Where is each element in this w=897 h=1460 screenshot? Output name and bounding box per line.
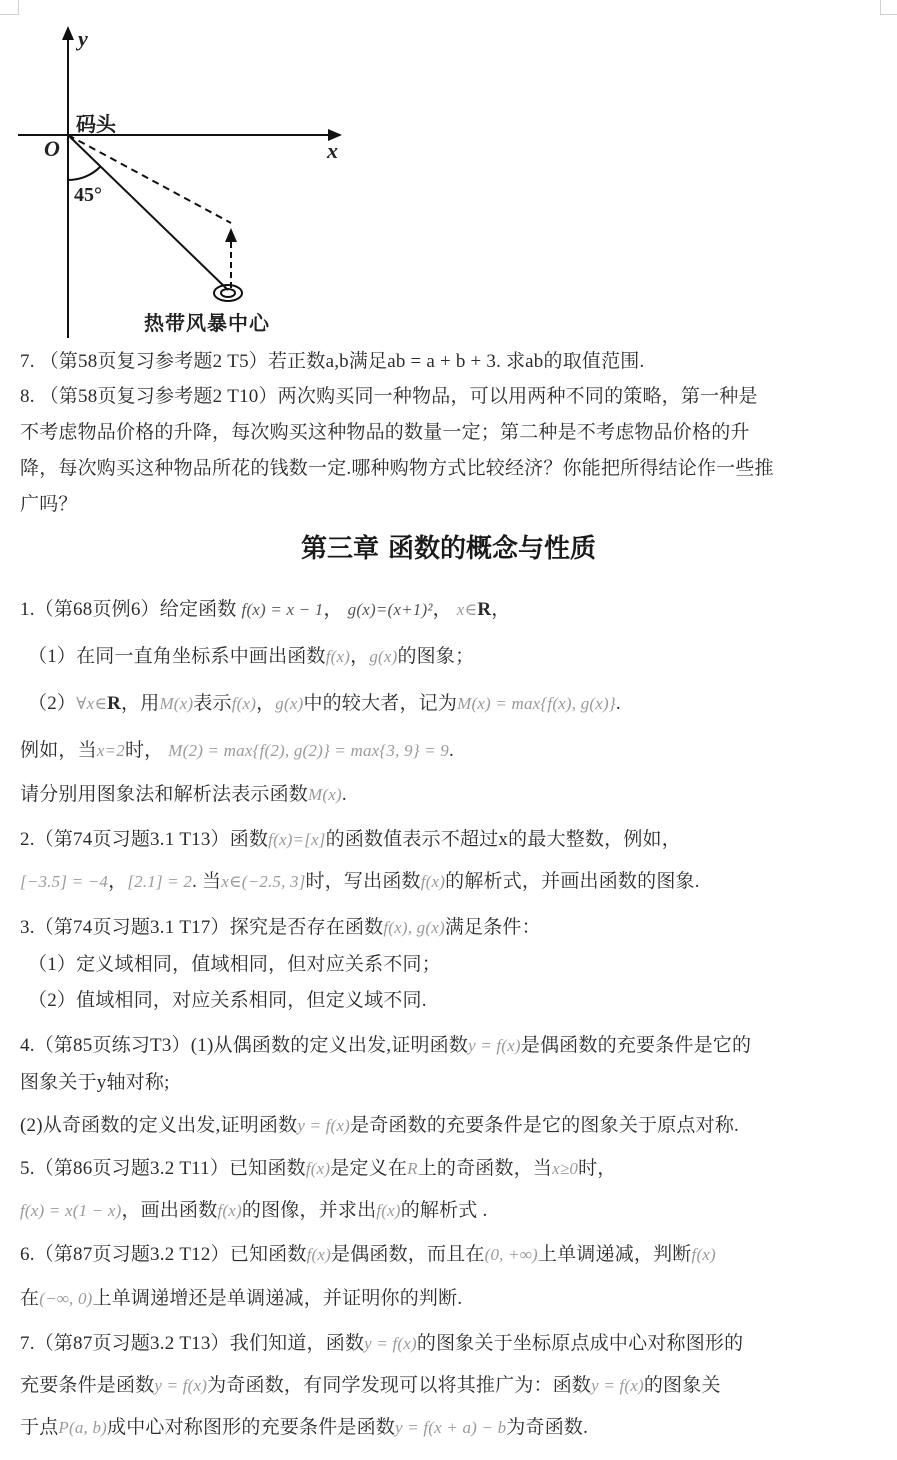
storm-center-label: 热带风暴中心 [144, 307, 270, 336]
problem-3-sub-2: （2）值域相同，对应关系相同，但定义域不同. [28, 988, 881, 1014]
problem-text: （1）在同一直角坐标系中画出函数 [28, 646, 326, 667]
problem-text: 是偶函数，而且在 [331, 1244, 485, 1265]
problem-4-line-1: 4.（第85页练习T3）(1)从偶函数的定义出发,证明函数y = f(x)是偶函… [20, 1033, 881, 1059]
problem-7-ch2: 7. （第58页复习参考题2 T5）若正数a,b满足ab = a + b + 3… [20, 349, 881, 375]
separator: . [342, 784, 347, 805]
problem-text: （2） [28, 693, 76, 714]
formula-y-f: y = f(x) [297, 1116, 350, 1135]
problem-text: 成中心对称图形的充要条件是函数 [107, 1417, 395, 1438]
problem-text: 7.（第87页习题3.2 T13）我们知道，函数 [20, 1333, 364, 1354]
formula-y-f: y = f(x) [468, 1036, 521, 1055]
problem-text: 的解析式，并画出函数的图象. [445, 871, 700, 892]
problem-8-ch2-line-3: 降，每次购买这种物品所花的钱数一定.哪种购物方式比较经济？你能把所得结论作一些推 [20, 456, 881, 482]
formula-f: f(x) [306, 1159, 330, 1178]
real-set-symbol: R [407, 1159, 418, 1178]
formula-f: f(x) [307, 1245, 331, 1264]
page-corner-mark-right [880, 0, 897, 15]
problem-8-ch2-line-1: 8. （第58页复习参考题2 T10）两次购买同一种物品，可以用两种不同的策略，… [20, 384, 881, 410]
problem-6-line-2: 在(−∞, 0)上单调递增还是单调递减，并证明你的判断. [20, 1286, 881, 1312]
problem-text: 的图象关 [644, 1375, 721, 1396]
storm-diagram: y x O 码头 45° 热带风暴中心 [0, 20, 380, 345]
problem-text: 时， [578, 1158, 616, 1179]
problem-number: 8. [20, 386, 35, 407]
problem-text: 请分别用图象法和解析法表示函数 [20, 784, 308, 805]
separator: ， [324, 599, 343, 620]
origin-label: O [44, 136, 60, 162]
problem-1-sub-1: （1）在同一直角坐标系中画出函数f(x)，g(x)的图象； [28, 644, 881, 670]
separator: ， [491, 599, 510, 620]
separator: ， [433, 599, 452, 620]
formula-domain: x∈ [457, 600, 478, 619]
problem-text: . 当 [192, 871, 221, 892]
problem-text: 为奇函数. [506, 1417, 588, 1438]
problem-7-line-1: 7.（第87页习题3.2 T13）我们知道，函数y = f(x)的图象关于坐标原… [20, 1331, 881, 1357]
formula-g: g(x) [369, 647, 397, 666]
problem-text: 时， [125, 740, 163, 761]
problem-text: 的图像，并求出 [242, 1200, 376, 1221]
problem-3: 3.（第74页习题3.1 T17）探究是否存在函数f(x), g(x)满足条件： [20, 915, 881, 941]
problem-text: 于点 [20, 1417, 58, 1438]
problem-number: 7. [20, 351, 35, 372]
problem-text: 的图象关于坐标原点成中心对称图形的 [417, 1333, 743, 1354]
problem-text: ，画出函数 [121, 1200, 217, 1221]
formula-range: x∈(−2.5, 3] [221, 872, 305, 891]
separator: . [616, 693, 621, 714]
problem-text: 上单调递增还是单调递减，并证明你的判断. [93, 1288, 463, 1309]
problem-text: 在 [20, 1288, 39, 1309]
formula-y-f: y = f(x) [364, 1334, 417, 1353]
problem-text: 例如，当 [20, 740, 97, 761]
problem-text: 时，写出函数 [306, 871, 421, 892]
problem-8-ch2-line-4: 广吗？ [20, 492, 881, 518]
problem-text: 是奇函数的充要条件是它的图象关于原点对称. [350, 1115, 739, 1136]
problem-4-sub-2: (2)从奇函数的定义出发,证明函数y = f(x)是奇函数的充要条件是它的图象关… [20, 1113, 881, 1139]
problem-text: 4.（第85页练习T3）(1)从偶函数的定义出发,证明函数 [20, 1035, 468, 1056]
problem-text: (2)从奇函数的定义出发,证明函数 [20, 1115, 297, 1136]
separator: ， [350, 646, 369, 667]
page-corner-mark-left [0, 0, 19, 15]
problem-text: 的函数值表示不超过x的最大整数，例如， [326, 829, 681, 850]
problem-text: ，用 [121, 693, 159, 714]
formula-point: P(a, b) [58, 1418, 107, 1437]
x-axis-label: x [327, 138, 338, 164]
problem-7-line-3: 于点P(a, b)成中心对称图形的充要条件是函数y = f(x + a) − b… [20, 1415, 881, 1441]
problem-text: 满足条件： [445, 917, 541, 938]
problem-text: 上的奇函数，当 [418, 1158, 552, 1179]
problem-text: 充要条件是函数 [20, 1375, 154, 1396]
problem-text: 为奇函数，有同学发现可以将其推广为：函数 [207, 1375, 591, 1396]
formula-f: f(x) = x − 1 [242, 600, 324, 619]
formula-example-2: [2.1] = 2 [127, 872, 192, 891]
formula-f: f(x) [421, 872, 445, 891]
problem-2-line-1: 2.（第74页习题3.1 T13）函数f(x)=[x]的函数值表示不超过x的最大… [20, 827, 881, 853]
problem-text: 1.（第68页例6）给定函数 [20, 599, 237, 620]
problem-text: 中的较大者，记为 [303, 693, 457, 714]
formula-f: f(x) [692, 1245, 716, 1264]
problem-text: 上单调递减，判断 [538, 1244, 692, 1265]
problem-text: 两次购买同一种物品，可以用两种不同的策略，第一种是 [278, 386, 758, 407]
problem-6-line-1: 6.（第87页习题3.2 T12）已知函数f(x)是偶函数，而且在(0, +∞)… [20, 1242, 881, 1268]
problem-reference: （第58页复习参考题2 T10） [40, 386, 278, 407]
problem-text: 表示 [193, 693, 231, 714]
storm-diagram-svg [0, 20, 380, 345]
problem-text: 6.（第87页习题3.2 T12）已知函数 [20, 1244, 307, 1265]
formula-shifted: y = f(x + a) − b [395, 1418, 506, 1437]
y-axis-label: y [78, 26, 88, 52]
problem-text: 的图象； [397, 646, 474, 667]
formula-f: f(x) [376, 1201, 400, 1220]
problem-3-sub-1: （1）定义域相同，值域相同，但对应关系不同； [28, 952, 881, 978]
formula-condition: x≥0 [552, 1159, 578, 1178]
problem-text: 5.（第86页习题3.2 T11）已知函数 [20, 1158, 306, 1179]
problem-8-ch2-line-2: 不考虑物品价格的升降，每次购买这种物品的数量一定；第二种是不考虑物品价格的升 [20, 420, 881, 446]
formula-example-1: [−3.5] = −4 [20, 872, 108, 891]
formula-M: M(x) [308, 785, 342, 804]
real-set-symbol: R [477, 599, 491, 620]
formula-x: x=2 [97, 741, 125, 760]
dock-label: 码头 [76, 108, 116, 137]
formula-g: g(x) [275, 694, 303, 713]
separator: ， [108, 871, 127, 892]
problem-1-example: 例如，当x=2时， M(2) = max{f(2), g(2)} = max{3… [20, 738, 881, 764]
formula-y-f: y = f(x) [154, 1376, 207, 1395]
problem-1-sub-2: （2）∀x∈R，用M(x)表示f(x)，g(x)中的较大者，记为M(x) = m… [28, 691, 881, 717]
formula-forall: ∀x∈ [76, 694, 107, 713]
problem-text: 3.（第74页习题3.1 T17）探究是否存在函数 [20, 917, 383, 938]
problem-5-line-1: 5.（第86页习题3.2 T11）已知函数f(x)是定义在R上的奇函数，当x≥0… [20, 1156, 881, 1182]
formula-f: f(x) [326, 647, 350, 666]
formula-M: M(x) [159, 694, 193, 713]
problem-reference: （第58页复习参考题2 T5） [40, 351, 268, 372]
problem-text: 2.（第74页习题3.1 T13）函数 [20, 829, 268, 850]
angle-label: 45° [74, 184, 102, 207]
formula-definition: f(x) = x(1 − x) [20, 1201, 121, 1220]
problem-2-line-2: [−3.5] = −4，[2.1] = 2. 当x∈(−2.5, 3]时，写出函… [20, 869, 881, 895]
real-set-symbol: R [107, 693, 121, 714]
formula-floor: f(x)=[x] [268, 830, 325, 849]
problem-text: 是定义在 [330, 1158, 407, 1179]
problem-4-line-2: 图象关于y轴对称; [20, 1070, 881, 1096]
problem-1: 1.（第68页例6）给定函数 f(x) = x − 1， g(x)=(x+1)²… [20, 597, 881, 623]
formula-example: M(2) = max{f(2), g(2)} = max{3, 9} = 9 [168, 741, 449, 760]
formula-f: f(x) [232, 694, 256, 713]
problem-text: 的解析式 . [401, 1200, 488, 1221]
formula-interval: (0, +∞) [485, 1245, 538, 1264]
formula-interval: (−∞, 0) [39, 1289, 92, 1308]
formula-f: f(x) [217, 1201, 241, 1220]
problem-text: 若正数a,b满足ab = a + b + 3. 求ab的取值范围. [268, 351, 644, 372]
problem-7-line-2: 充要条件是函数y = f(x)为奇函数，有同学发现可以将其推广为：函数y = f… [20, 1373, 881, 1399]
problem-1-ask: 请分别用图象法和解析法表示函数M(x). [20, 782, 881, 808]
problem-text: 是偶函数的充要条件是它的 [521, 1035, 751, 1056]
formula-fg: f(x), g(x) [383, 918, 444, 937]
problem-5-line-2: f(x) = x(1 − x)，画出函数f(x)的图像，并求出f(x)的解析式 … [20, 1198, 881, 1224]
formula-g: g(x)=(x+1)² [348, 600, 433, 619]
formula-y-f: y = f(x) [591, 1376, 644, 1395]
separator: . [449, 740, 454, 761]
chapter-title: 第三章 函数的概念与性质 [0, 528, 897, 565]
formula-max: M(x) = max{f(x), g(x)} [457, 694, 616, 713]
separator: ， [256, 693, 275, 714]
